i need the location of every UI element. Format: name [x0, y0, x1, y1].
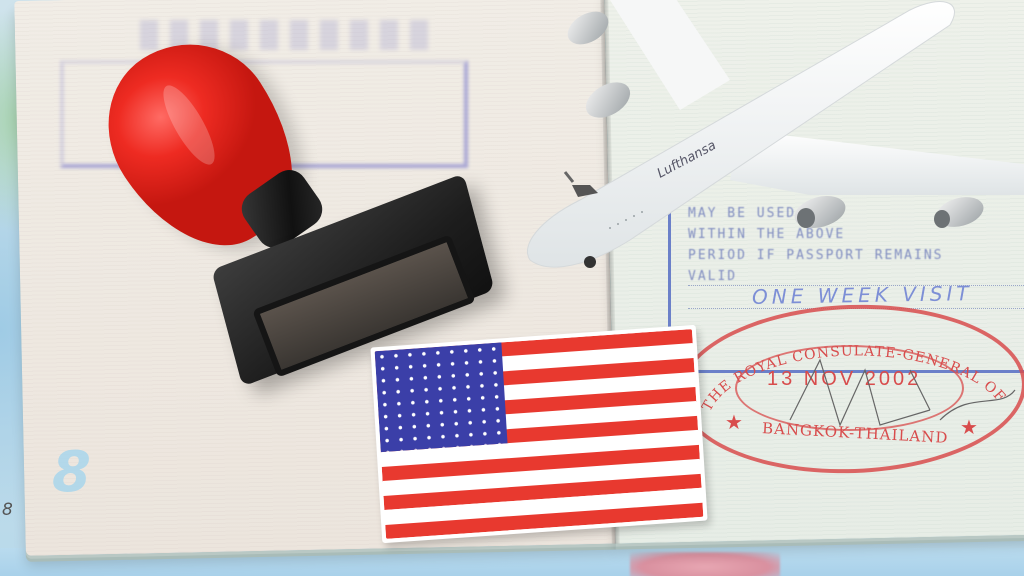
map-region [630, 552, 780, 576]
star-icon: ★ [725, 410, 743, 435]
model-airplane: Lufthansa [510, 0, 1024, 290]
photo-scene: 8 8 MAY BE USED FOR WITHIN THE ABOVE PER… [0, 0, 1024, 576]
signature-scribble [780, 350, 1020, 440]
page-number-watermark: 8 [52, 440, 91, 505]
flag-canton-stars [375, 342, 508, 452]
us-flag [375, 329, 704, 539]
page-number: 8 [2, 500, 13, 520]
us-flag-sticker [370, 325, 707, 543]
